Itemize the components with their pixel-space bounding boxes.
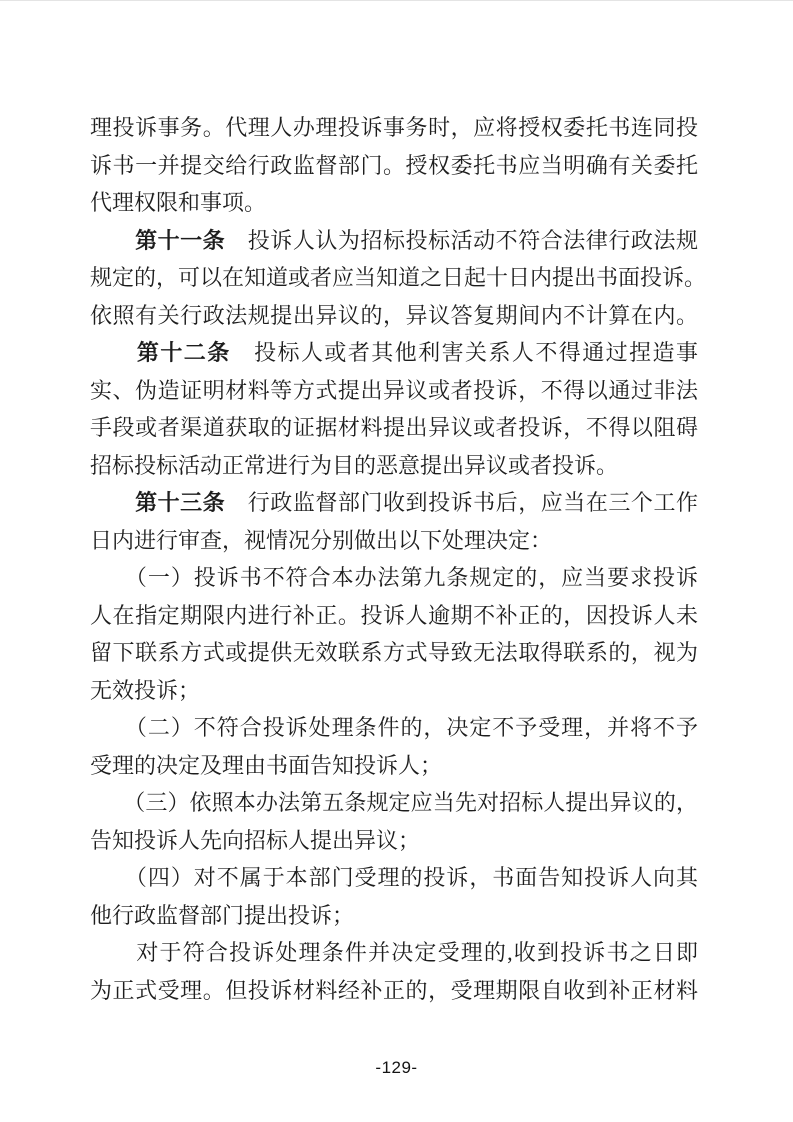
text-line: 实、伪造证明材料等方式提出异议或者投诉，不得以通过非法 xyxy=(90,372,698,410)
paragraph-item-2: （二）不符合投诉处理条件的，决定不予受理，并将不予 受理的决定及理由书面告知投诉… xyxy=(90,709,698,784)
text-line: （三）依照本办法第五条规定应当先对招标人提出异议的， xyxy=(90,784,698,822)
paragraph-item-3: （三）依照本办法第五条规定应当先对招标人提出异议的， 告知投诉人先向招标人提出异… xyxy=(90,784,698,859)
document-page: 理投诉事务。代理人办理投诉事务时，应将授权委托书连同投 诉书一并提交给行政监督部… xyxy=(0,0,793,1122)
article-number-label: 第十三条 xyxy=(90,490,225,515)
text-line: 无效投诉； xyxy=(90,672,698,710)
article-number-label: 第十二条 xyxy=(90,340,231,365)
text-line: 第十三条 行政监督部门收到投诉书后，应当在三个工作 xyxy=(90,484,698,522)
text-line: 第十一条 投诉人认为招标投标活动不符合法律行政法规 xyxy=(90,222,698,260)
text-line: 第十二条 投标人或者其他利害关系人不得通过捏造事 xyxy=(90,334,698,372)
article-number-label: 第十一条 xyxy=(90,228,225,253)
text-line: 为正式受理。但投诉材料经补正的，受理期限自收到补正材料 xyxy=(90,972,698,1010)
text-line: 对于符合投诉处理条件并决定受理的,收到投诉书之日即 xyxy=(90,934,698,972)
text-line: 理投诉事务。代理人办理投诉事务时，应将授权委托书连同投 xyxy=(90,109,698,147)
text-line: 日内进行审查，视情况分别做出以下处理决定： xyxy=(90,522,698,560)
text-line: 留下联系方式或提供无效联系方式导致无法取得联系的，视为 xyxy=(90,634,698,672)
page-footer: -129- xyxy=(0,1058,793,1078)
paragraph: 理投诉事务。代理人办理投诉事务时，应将授权委托书连同投 诉书一并提交给行政监督部… xyxy=(90,109,698,222)
text-line: 规定的，可以在知道或者应当知道之日起十日内提出书面投诉。 xyxy=(90,259,698,297)
text-line: 手段或者渠道获取的证据材料提出异议或者投诉，不得以阻碍 xyxy=(90,409,698,447)
article-text: 行政监督部门收到投诉书后，应当在三个工作 xyxy=(225,490,698,515)
text-line: 告知投诉人先向招标人提出异议； xyxy=(90,822,698,860)
paragraph-article-11: 第十一条 投诉人认为招标投标活动不符合法律行政法规 规定的，可以在知道或者应当知… xyxy=(90,222,698,335)
document-body: 理投诉事务。代理人办理投诉事务时，应将授权委托书连同投 诉书一并提交给行政监督部… xyxy=(90,109,698,1009)
text-line: 人在指定期限内进行补正。投诉人逾期不补正的，因投诉人未 xyxy=(90,597,698,635)
text-line: 他行政监督部门提出投诉； xyxy=(90,897,698,935)
text-line: 代理权限和事项。 xyxy=(90,184,698,222)
paragraph-item-4: （四）对不属于本部门受理的投诉，书面告知投诉人向其 他行政监督部门提出投诉； xyxy=(90,859,698,934)
text-line: （四）对不属于本部门受理的投诉，书面告知投诉人向其 xyxy=(90,859,698,897)
paragraph-item-1: （一）投诉书不符合本办法第九条规定的，应当要求投诉 人在指定期限内进行补正。投诉… xyxy=(90,559,698,709)
page-number: -129- xyxy=(375,1058,417,1077)
article-text: 投诉人认为招标投标活动不符合法律行政法规 xyxy=(225,228,698,253)
article-text: 投标人或者其他利害关系人不得通过捏造事 xyxy=(231,340,698,365)
paragraph-article-12: 第十二条 投标人或者其他利害关系人不得通过捏造事 实、伪造证明材料等方式提出异议… xyxy=(90,334,698,484)
text-line: 依照有关行政法规提出异议的，异议答复期间内不计算在内。 xyxy=(90,297,698,335)
text-line: （二）不符合投诉处理条件的，决定不予受理，并将不予 xyxy=(90,709,698,747)
paragraph-article-13: 第十三条 行政监督部门收到投诉书后，应当在三个工作 日内进行审查，视情况分别做出… xyxy=(90,484,698,559)
text-line: （一）投诉书不符合本办法第九条规定的，应当要求投诉 xyxy=(90,559,698,597)
paragraph-acceptance: 对于符合投诉处理条件并决定受理的,收到投诉书之日即 为正式受理。但投诉材料经补正… xyxy=(90,934,698,1009)
text-line: 受理的决定及理由书面告知投诉人； xyxy=(90,747,698,785)
text-line: 招标投标活动正常进行为目的恶意提出异议或者投诉。 xyxy=(90,447,698,485)
text-line: 诉书一并提交给行政监督部门。授权委托书应当明确有关委托 xyxy=(90,147,698,185)
